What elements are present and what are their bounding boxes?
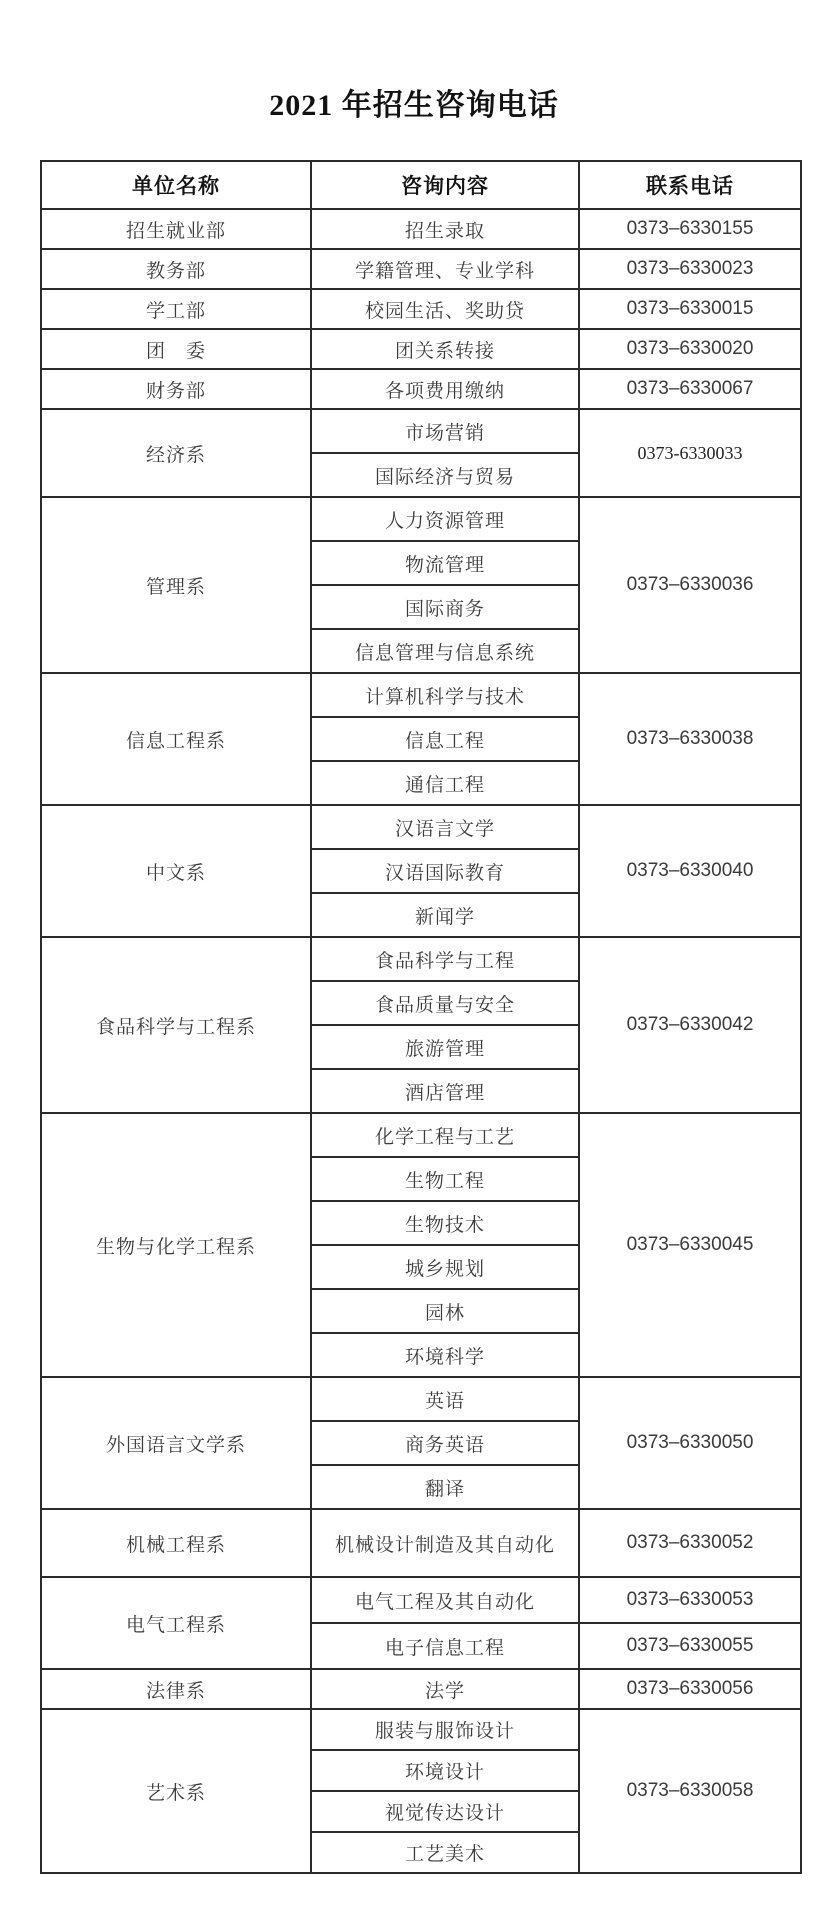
content-cell: 城乡规划	[311, 1245, 579, 1289]
content-cell: 食品科学与工程	[311, 937, 579, 981]
content-cell: 电气工程及其自动化	[311, 1577, 579, 1623]
phone-cell: 0373–6330015	[579, 289, 801, 329]
content-cell: 招生录取	[311, 209, 579, 249]
content-cell: 汉语国际教育	[311, 849, 579, 893]
phone-cell: 0373–6330040	[579, 805, 801, 937]
table-header-row: 单位名称 咨询内容 联系电话	[41, 161, 801, 209]
phone-cell: 0373–6330038	[579, 673, 801, 805]
content-cell: 化学工程与工艺	[311, 1113, 579, 1157]
content-cell: 环境科学	[311, 1333, 579, 1377]
table-row: 招生就业部招生录取0373–6330155	[41, 209, 801, 249]
phone-cell: 0373-6330033	[579, 409, 801, 497]
content-cell: 法学	[311, 1669, 579, 1709]
content-cell: 生物工程	[311, 1157, 579, 1201]
table-row: 电气工程系电气工程及其自动化0373–6330053	[41, 1577, 801, 1623]
phone-cell: 0373–6330056	[579, 1669, 801, 1709]
unit-cell: 学工部	[41, 289, 311, 329]
content-cell: 商务英语	[311, 1421, 579, 1465]
table-row: 法律系法学0373–6330056	[41, 1669, 801, 1709]
content-cell: 园林	[311, 1289, 579, 1333]
content-cell: 机械设计制造及其自动化	[311, 1509, 579, 1577]
unit-cell: 团 委	[41, 329, 311, 369]
page: { "page": { "title": "2021 年招生咨询电话", "ba…	[0, 0, 828, 1906]
content-cell: 服装与服饰设计	[311, 1709, 579, 1750]
unit-cell: 食品科学与工程系	[41, 937, 311, 1113]
table-row: 机械工程系机械设计制造及其自动化0373–6330052	[41, 1509, 801, 1577]
content-cell: 团关系转接	[311, 329, 579, 369]
page-title: 2021 年招生咨询电话	[0, 0, 828, 124]
content-cell: 信息管理与信息系统	[311, 629, 579, 673]
content-cell: 视觉传达设计	[311, 1791, 579, 1832]
content-cell: 学籍管理、专业学科	[311, 249, 579, 289]
content-cell: 物流管理	[311, 541, 579, 585]
unit-cell: 信息工程系	[41, 673, 311, 805]
table-row: 教务部学籍管理、专业学科0373–6330023	[41, 249, 801, 289]
col-header-content: 咨询内容	[311, 161, 579, 209]
unit-cell: 机械工程系	[41, 1509, 311, 1577]
content-cell: 翻译	[311, 1465, 579, 1509]
table-row: 外国语言文学系英语0373–6330050	[41, 1377, 801, 1421]
content-cell: 计算机科学与技术	[311, 673, 579, 717]
unit-cell: 外国语言文学系	[41, 1377, 311, 1509]
unit-cell: 管理系	[41, 497, 311, 673]
content-cell: 人力资源管理	[311, 497, 579, 541]
content-cell: 英语	[311, 1377, 579, 1421]
unit-cell: 中文系	[41, 805, 311, 937]
table-row: 中文系汉语言文学0373–6330040	[41, 805, 801, 849]
content-cell: 电子信息工程	[311, 1623, 579, 1669]
content-cell: 环境设计	[311, 1750, 579, 1791]
unit-cell: 生物与化学工程系	[41, 1113, 311, 1377]
phone-cell: 0373–6330067	[579, 369, 801, 409]
phone-cell: 0373–6330023	[579, 249, 801, 289]
phone-table: 单位名称 咨询内容 联系电话 招生就业部招生录取0373–6330155教务部学…	[40, 160, 802, 1874]
phone-cell: 0373–6330055	[579, 1623, 801, 1669]
table-row: 食品科学与工程系食品科学与工程0373–6330042	[41, 937, 801, 981]
content-cell: 新闻学	[311, 893, 579, 937]
content-cell: 工艺美术	[311, 1832, 579, 1873]
table-row: 团 委团关系转接0373–6330020	[41, 329, 801, 369]
phone-cell: 0373–6330045	[579, 1113, 801, 1377]
content-cell: 信息工程	[311, 717, 579, 761]
content-cell: 生物技术	[311, 1201, 579, 1245]
phone-cell: 0373–6330020	[579, 329, 801, 369]
col-header-phone: 联系电话	[579, 161, 801, 209]
unit-cell: 法律系	[41, 1669, 311, 1709]
table-row: 信息工程系计算机科学与技术0373–6330038	[41, 673, 801, 717]
phone-cell: 0373–6330053	[579, 1577, 801, 1623]
phone-cell: 0373–6330036	[579, 497, 801, 673]
unit-cell: 教务部	[41, 249, 311, 289]
table-row: 生物与化学工程系化学工程与工艺0373–6330045	[41, 1113, 801, 1157]
phone-cell: 0373–6330155	[579, 209, 801, 249]
phone-table-body: 招生就业部招生录取0373–6330155教务部学籍管理、专业学科0373–63…	[41, 209, 801, 1873]
table-row: 经济系市场营销0373-6330033	[41, 409, 801, 453]
phone-cell: 0373–6330042	[579, 937, 801, 1113]
content-cell: 市场营销	[311, 409, 579, 453]
table-row: 管理系人力资源管理0373–6330036	[41, 497, 801, 541]
unit-cell: 经济系	[41, 409, 311, 497]
col-header-unit: 单位名称	[41, 161, 311, 209]
content-cell: 国际商务	[311, 585, 579, 629]
content-cell: 校园生活、奖助贷	[311, 289, 579, 329]
content-cell: 旅游管理	[311, 1025, 579, 1069]
content-cell: 通信工程	[311, 761, 579, 805]
unit-cell: 财务部	[41, 369, 311, 409]
unit-cell: 招生就业部	[41, 209, 311, 249]
phone-cell: 0373–6330052	[579, 1509, 801, 1577]
content-cell: 国际经济与贸易	[311, 453, 579, 497]
phone-cell: 0373–6330058	[579, 1709, 801, 1873]
content-cell: 酒店管理	[311, 1069, 579, 1113]
table-row: 财务部各项费用缴纳0373–6330067	[41, 369, 801, 409]
content-cell: 食品质量与安全	[311, 981, 579, 1025]
unit-cell: 艺术系	[41, 1709, 311, 1873]
content-cell: 汉语言文学	[311, 805, 579, 849]
content-cell: 各项费用缴纳	[311, 369, 579, 409]
unit-cell: 电气工程系	[41, 1577, 311, 1669]
table-row: 艺术系服装与服饰设计0373–6330058	[41, 1709, 801, 1750]
table-row: 学工部校园生活、奖助贷0373–6330015	[41, 289, 801, 329]
phone-cell: 0373–6330050	[579, 1377, 801, 1509]
